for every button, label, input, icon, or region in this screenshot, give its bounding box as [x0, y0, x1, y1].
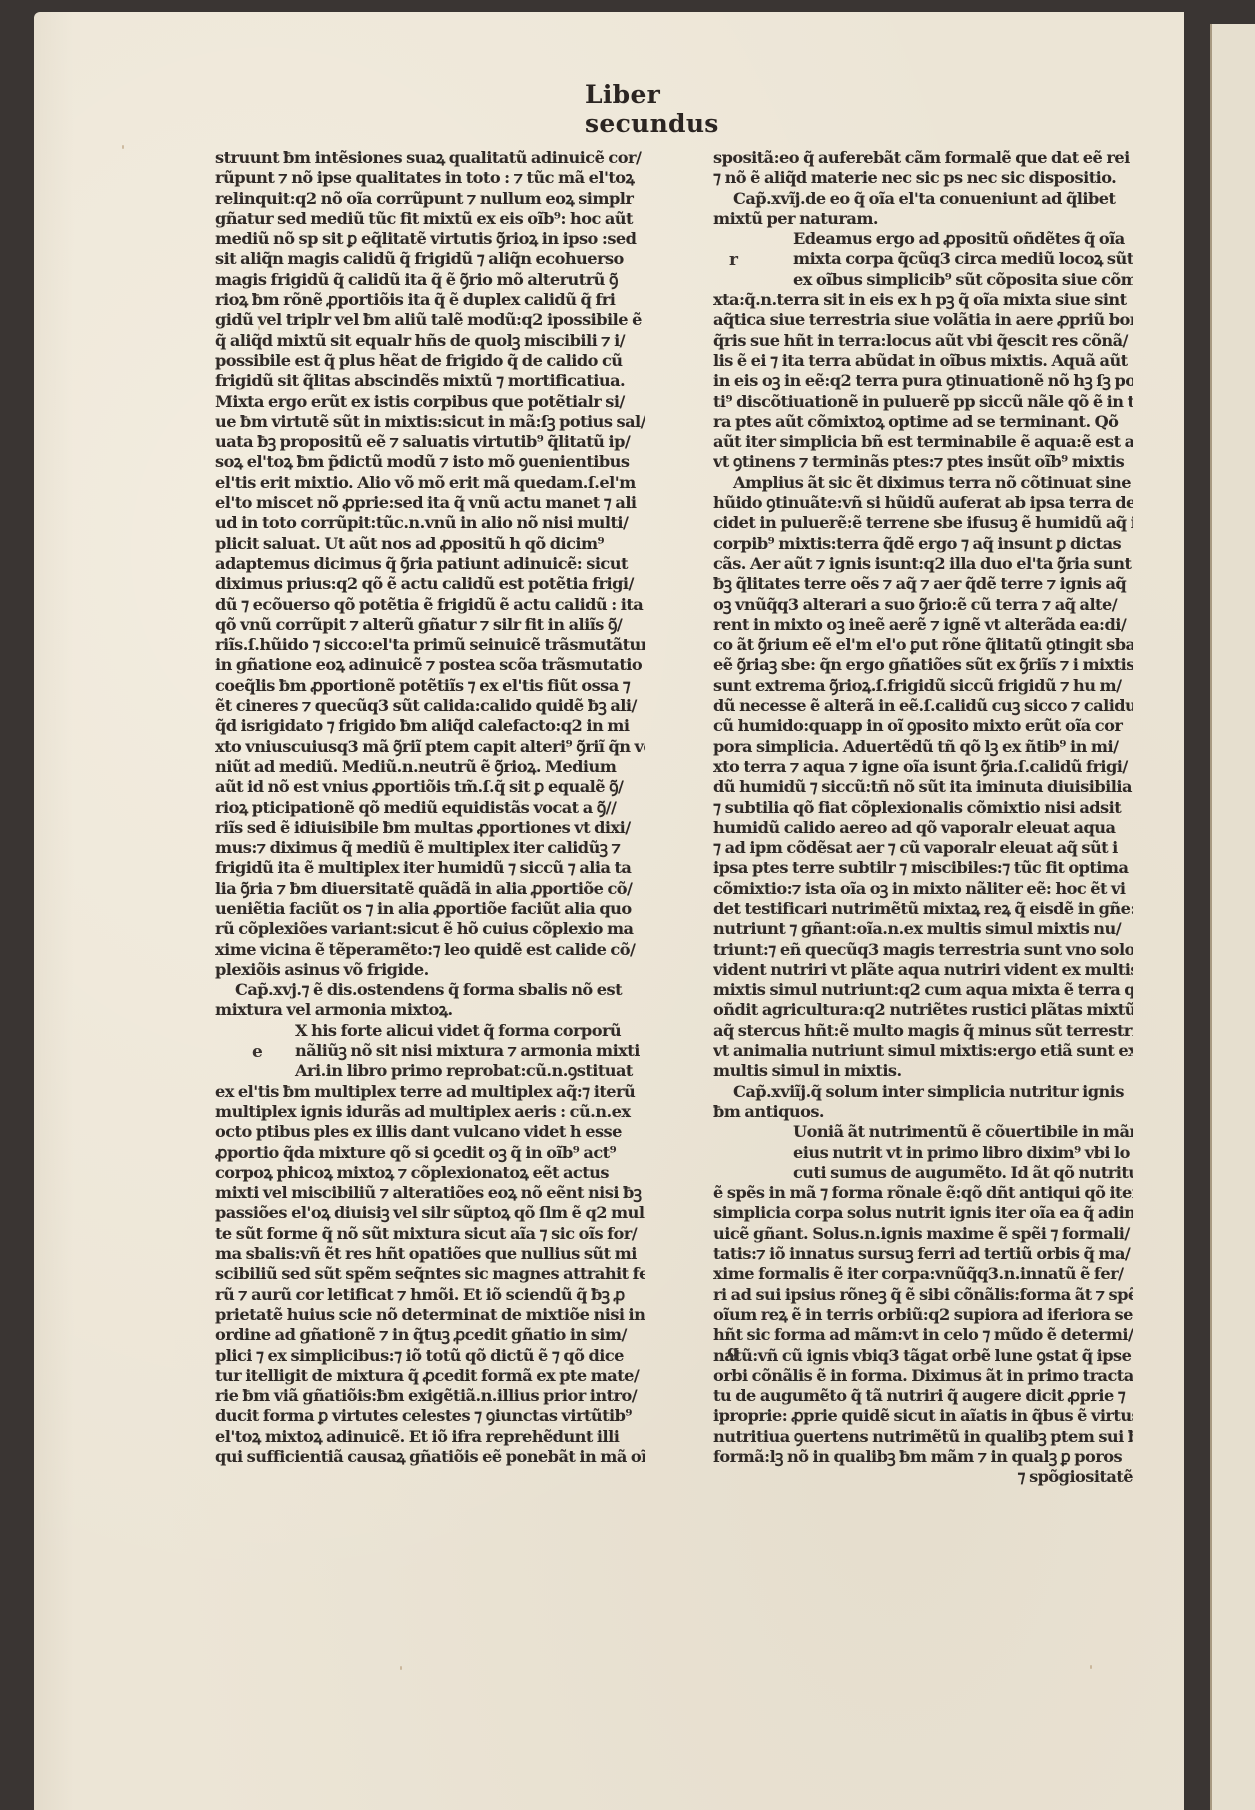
left-text-column: struunt ƀm intẽsiones suaꝝ qualitatũ adi…	[215, 148, 645, 1467]
text-line: in eis oꝫ in eẽ:q2 terra pura ꝯtinuation…	[713, 371, 1133, 391]
text-line: vt animalia nutriunt simul mixtis:ergo e…	[713, 1041, 1133, 1061]
text-line: ex oĩbus simplicib⁹ sũt cõposita siue cõ…	[713, 270, 1133, 290]
text-line: tatis:⁊ iõ innatus sursuꝫ ferri ad terti…	[713, 1244, 1133, 1264]
text-line: Cap̃.xvĩj.de eo q̃ oĩa el'ta conueniunt …	[713, 189, 1133, 209]
text-line: possibile est q̃ plus hẽat de frigido q̃…	[215, 351, 645, 371]
text-line: uata ƀꝫ propositũ eẽ ⁊ saluatis virtutib…	[215, 432, 645, 452]
text-line: ipsa ptes terre subtilr ⁊ miscibiles:⁊ t…	[713, 858, 1133, 878]
text-line: vt ꝯtinens ⁊ terminãs ptes:⁊ ptes insũt …	[713, 452, 1133, 472]
text-line: ri ad sui ipsius rõneꝫ q̃ ẽ sibi cõnãlis…	[713, 1285, 1133, 1305]
text-line: ⁊ spõgiositatẽ	[713, 1467, 1133, 1487]
text-line: multiplex ignis idurãs ad multiplex aeri…	[215, 1102, 645, 1122]
text-line: q̃ris sue hñt in terra:locus aũt vbi q̃e…	[713, 331, 1133, 351]
facing-page-edge	[1210, 24, 1255, 1810]
text-line: multis simul in mixtis.	[713, 1061, 1133, 1081]
text-line: mus:⁊ diximus q̃ mediũ ẽ multiplex iter …	[215, 838, 645, 858]
text-line: X his forte alicui videt q̃ forma corpor…	[215, 1021, 645, 1041]
text-line: simplicia corpa solus nutrit ignis iter …	[713, 1203, 1133, 1223]
text-line: tu de augumẽto q̃ tã nutriri q̃ augere d…	[713, 1386, 1133, 1406]
text-line: dũ ⁊ ecõuerso qõ potẽtia ẽ frigidũ ẽ act…	[215, 595, 645, 615]
text-line: el'to miscet nõ ꝓprie:sed ita q̃ vnũ act…	[215, 493, 645, 513]
text-line: cõmixtio:⁊ ista oĩa oꝫ in mixto nãliter …	[713, 879, 1133, 899]
text-line: xta:q̃.n.terra sit in eis ex h pꝫ q̃ oĩa…	[713, 290, 1133, 310]
text-line: formã:lꝫ nõ in qualibꝫ ƀm mãm ⁊ in qualꝫ…	[713, 1447, 1133, 1467]
running-head: Liber secundus	[585, 80, 785, 138]
paper-speck	[1090, 1665, 1092, 1669]
paper-speck	[400, 1666, 402, 1670]
text-line: qõ vnũ corrũpit ⁊ alterũ gñatur ⁊ silr f…	[215, 615, 645, 635]
text-line: Cap̃.xvj.⁊ ẽ dis.ostendens q̃ forma sbal…	[215, 980, 645, 1000]
text-line: eius nutrit vt in primo libro dixim⁹ vbi…	[713, 1143, 1133, 1163]
text-line: oñdit agricultura:q2 nutriẽtes rustici p…	[713, 1000, 1133, 1020]
text-line: xto terra ⁊ aqua ⁊ igne oĩa isunt ꝯ̃ria.…	[713, 757, 1133, 777]
text-line: ẽt cineres ⁊ quecũq3 sũt calida:calido q…	[215, 696, 645, 716]
text-line: ducit forma ꝑ virtutes celestes ⁊ ꝯiunct…	[215, 1406, 645, 1426]
text-line: ⁊ subtilia qõ fiat cõplexionalis cõmixti…	[713, 798, 1133, 818]
text-line: te sũt forme q̃ nõ sũt mixtura sicut aĩa…	[215, 1224, 645, 1244]
text-line: nutriunt ⁊ gñant:oĩa.n.ex multis simul m…	[713, 919, 1133, 939]
text-line: cũ humido:quapp in oĩ ꝯposito mixto erũt…	[713, 716, 1133, 736]
text-line: ma sbalis:vñ ẽt res hñt opatiões que nul…	[215, 1244, 645, 1264]
text-line: rent in mixto oꝫ ineẽ aerẽ ⁊ ignẽ vt alt…	[713, 615, 1133, 635]
text-line: Ari.in libro primo reprobat:cũ.n.ꝯstitua…	[215, 1061, 645, 1081]
text-line: magis frigidũ q̃ calidũ ita q̃ ẽ ꝯ̃rio m…	[215, 270, 645, 290]
text-line: orbi cõnãlis ẽ in forma. Diximus ãt in p…	[713, 1366, 1133, 1386]
text-line: rũpunt ⁊ nõ ipse qualitates in toto : ⁊ …	[215, 168, 645, 188]
text-line: plicit saluat. Ut aũt nos ad ꝓpositũ h q…	[215, 534, 645, 554]
text-line: Amplius ãt sic ẽt diximus terra nõ cõtin…	[713, 473, 1133, 493]
text-line: ⁊ nõ ẽ aliq̃d materie nec sic ps nec sic…	[713, 168, 1133, 188]
text-line: cidet in puluerẽ:ẽ terrene sbe ifusuꝫ ẽ …	[713, 513, 1133, 533]
text-line: humidũ calido aereo ad qõ vaporalr eleua…	[713, 818, 1133, 838]
text-line: dũ necesse ẽ alterã in eẽ.ſ.calidũ cuꝫ s…	[713, 696, 1133, 716]
text-line: Uoniã ãt nutrimentũ ẽ cõuertibile in mãm	[713, 1122, 1133, 1142]
text-line: frigidũ ita ẽ multiplex iter humidũ ⁊ si…	[215, 858, 645, 878]
text-line: det testificari nutrimẽtũ mixtaꝝ reꝝ q̃ …	[713, 899, 1133, 919]
text-line: corpib⁹ mixtis:terra q̃dẽ ergo ⁊ aq̃ ins…	[713, 534, 1133, 554]
text-line: cãs. Aer aũt ⁊ ignis isunt:q2 illa duo e…	[713, 554, 1133, 574]
text-line: rioꝝ pticipationẽ qõ mediũ equidistãs vo…	[215, 798, 645, 818]
text-line: el'toꝝ mixtoꝝ adinuicẽ. Et iõ ifra repre…	[215, 1427, 645, 1447]
text-line: passiões el'oꝝ diuisiꝫ vel silr sũptoꝝ q…	[215, 1203, 645, 1223]
text-line: spositã:eo q̃ auferebãt cãm formalẽ que …	[713, 148, 1133, 168]
text-line: Mixta ergo erũt ex istis corpibus que po…	[215, 392, 645, 412]
text-line: triunt:⁊ eñ quecũq3 magis terrestria sun…	[713, 940, 1133, 960]
text-line: mixti vel miscibiliũ ⁊ alteratiões eoꝝ n…	[215, 1183, 645, 1203]
text-line: vident nutriri vt plãte aqua nutriri vid…	[713, 960, 1133, 980]
guide-letter-left: e	[252, 1042, 263, 1062]
text-line: co ãt ꝯ̃rium eẽ el'm el'o ꝑut rõne q̃lit…	[713, 635, 1133, 655]
text-line: corpoꝝ phicoꝝ mixtoꝝ ⁊ cõplexionatoꝝ eẽt…	[215, 1163, 645, 1183]
text-line: lia ꝯ̃ria ⁊ ƀm diuersitatẽ quãdã in alia…	[215, 879, 645, 899]
text-line: ra ptes aũt cõmixtoꝝ optime ad se termin…	[713, 412, 1133, 432]
guide-letter-right-1: r	[729, 250, 738, 270]
text-line: mixtura vel armonia mixtoꝝ.	[215, 1000, 645, 1020]
text-line: plici ⁊ ex simplicibus:⁊ iõ totũ qõ dict…	[215, 1346, 645, 1366]
right-text-column: spositã:eo q̃ auferebãt cãm formalẽ que …	[713, 148, 1133, 1488]
text-line: struunt ƀm intẽsiones suaꝝ qualitatũ adi…	[215, 148, 645, 168]
text-line: aq̃ stercus hñt:ẽ multo magis q̃ minus s…	[713, 1021, 1133, 1041]
text-line: xto vniuscuiusq3 mã ꝯ̃riĩ ptem capit alt…	[215, 737, 645, 757]
text-line: prietatẽ huius scie nõ determinat de mix…	[215, 1305, 645, 1325]
text-line: ue ƀm virtutẽ sũt in mixtis:sicut in mã:…	[215, 412, 645, 432]
text-line: hñt sic forma ad mãm:vt in celo ⁊ mũdo ẽ…	[713, 1325, 1133, 1345]
text-line: ud in toto corrũpit:tũc.n.vnũ in alio nõ…	[215, 513, 645, 533]
text-line: oĩum reꝝ ẽ in terris orbiũ:q2 supiora ad…	[713, 1305, 1133, 1325]
text-line: mediũ nõ sp sit ꝑ eq̃litatẽ virtutis ꝯ̃r…	[215, 229, 645, 249]
text-line: plexiõis asinus võ frigide.	[215, 960, 645, 980]
text-line: aq̃tica siue terrestria siue volãtia in …	[713, 310, 1133, 330]
text-line: dũ humidũ ⁊ siccũ:tñ nõ sũt ita iminuta …	[713, 777, 1133, 797]
text-line: soꝝ el'toꝝ ƀm p̃dictũ modũ ⁊ isto mõ ꝯue…	[215, 452, 645, 472]
text-line: lis ẽ ei ⁊ ita terra abũdat in oĩbus mix…	[713, 351, 1133, 371]
text-line: ti⁹ discõtiuationẽ in puluerẽ pp siccũ n…	[713, 392, 1133, 412]
text-line: ueniẽtia faciũt os ⁊ in alia ꝓportiõe fa…	[215, 899, 645, 919]
text-line: nãliũꝫ nõ sit nisi mixtura ⁊ armonia mix…	[215, 1041, 645, 1061]
text-line: in gñatione eoꝝ adinuicẽ ⁊ postea scõa t…	[215, 655, 645, 675]
text-line: aũt id nõ est vnius ꝓportiõis tm̃.ſ.q̃ s…	[215, 777, 645, 797]
text-line: tur itelligit de mixtura q̃ ꝓcedit formã…	[215, 1366, 645, 1386]
text-line: diximus prius:q2 qõ ẽ actu calidũ est po…	[215, 574, 645, 594]
text-line: natũ:vñ cũ ignis vbiq3 tãgat orbẽ lune ꝯ…	[713, 1346, 1133, 1366]
text-line: mixta corpa q̃cũq3 circa mediũ locoꝝ sũt	[713, 249, 1133, 269]
text-line: rũ ⁊ aurũ cor letificat ⁊ hmõi. Et iõ sc…	[215, 1285, 645, 1305]
text-line: gñatur sed mediũ tũc fit mixtũ ex eis oĩ…	[215, 209, 645, 229]
text-line: ⁊ ad ipm cõdẽsat aer ⁊ cũ vaporalr eleua…	[713, 838, 1133, 858]
text-line: coeq̃lis ƀm ꝓportionẽ potẽtiĩs ⁊ ex el't…	[215, 676, 645, 696]
text-line: nutritiua ꝯuertens nutrimẽtũ in qualibꝫ …	[713, 1427, 1133, 1447]
paper-speck	[122, 145, 124, 149]
text-line: pora simplicia. Aduertẽdũ tñ qõ lꝫ ex ñt…	[713, 737, 1133, 757]
text-line: sunt extrema ꝯ̃rioꝝ.ſ.frigidũ siccũ frig…	[713, 676, 1133, 696]
text-line: riĩs.ſ.hũido ⁊ sicco:el'ta primũ seinuic…	[215, 635, 645, 655]
text-line: riĩs sed ẽ idiuisibile ƀm multas ꝓportio…	[215, 818, 645, 838]
text-line: scibiliũ sed sũt spẽm seq̃ntes sic magne…	[215, 1264, 645, 1284]
text-line: frigidũ sit q̃litas abscindẽs mixtũ ⁊ mo…	[215, 371, 645, 391]
text-line: eẽ ꝯ̃riaꝫ sbe: q̃n ergo gñatiões sũt ex …	[713, 655, 1133, 675]
text-line: oꝫ vnũq̃q3 alterari a suo ꝯ̃rio:ẽ cũ ter…	[713, 595, 1133, 615]
text-line: hũido ꝯtinuãte:vñ si hũidũ auferat ab ip…	[713, 493, 1133, 513]
text-line: gidũ vel triplr vel ƀm aliũ talẽ modũ:q2…	[215, 310, 645, 330]
text-line: mixtũ per naturam.	[713, 209, 1133, 229]
text-line: niũt ad mediũ. Mediũ.n.neutrũ ẽ ꝯ̃rioꝝ. …	[215, 757, 645, 777]
text-line: q̃ aliq̃d mixtũ sit equalr hñs de quolꝫ …	[215, 331, 645, 351]
text-line: adaptemus dicimus q̃ ꝯ̃ria patiunt adinu…	[215, 554, 645, 574]
text-line: el'tis erit mixtio. Alio võ mõ erit mã q…	[215, 473, 645, 493]
text-line: rũ cõplexiões variant:sicut ẽ hõ cuius c…	[215, 919, 645, 939]
text-line: cuti sumus de augumẽto. Id ãt qõ nutritu…	[713, 1163, 1133, 1183]
text-line: ordine ad gñationẽ ⁊ in q̃tuꝫ ꝓcedit gña…	[215, 1325, 645, 1345]
text-line: xime vicina ẽ tẽperamẽto:⁊ leo quidẽ est…	[215, 940, 645, 960]
text-line: ẽ spẽs in mã ⁊ forma rõnale ẽ:qõ dñt ant…	[713, 1183, 1133, 1203]
text-line: qui sufficientiã causaꝝ gñatiõis eẽ pone…	[215, 1447, 645, 1467]
text-line: uicẽ gñant. Solus.n.ignis maxime ẽ spẽi …	[713, 1224, 1133, 1244]
guide-letter-right-2: q	[727, 1342, 739, 1362]
text-line: sit aliq̃n magis calidũ q̃ frigidũ ⁊ ali…	[215, 249, 645, 269]
text-line: Cap̃.xviĩj.q̃ solum inter simplicia nutr…	[713, 1082, 1133, 1102]
text-line: Edeamus ergo ad ꝓpositũ oñdẽtes q̃ oĩa	[713, 229, 1133, 249]
text-line: q̃d isrigidato ⁊ frigido ƀm aliq̃d calef…	[215, 716, 645, 736]
paper-speck	[258, 326, 260, 330]
text-line: rioꝝ ƀm rõnẽ ꝓportiõis ita q̃ ẽ duplex c…	[215, 290, 645, 310]
text-line: ex el'tis ƀm multiplex terre ad multiple…	[215, 1082, 645, 1102]
text-line: mixtis simul nutriunt:q2 cum aqua mixta …	[713, 980, 1133, 1000]
text-line: xime formalis ẽ iter corpa:vnũq̃q3.n.inn…	[713, 1264, 1133, 1284]
text-line: relinquit:q2 nõ oĩa corrũpunt ⁊ nullum e…	[215, 189, 645, 209]
text-line: octo ptibus ples ex illis dant vulcano v…	[215, 1122, 645, 1142]
text-line: iproprie: ꝓprie quidẽ sicut in aĩatis in…	[713, 1406, 1133, 1426]
text-line: aũt iter simplicia bñ est terminabile ẽ …	[713, 432, 1133, 452]
text-line: rie ƀm viã gñatiõis:ƀm exigẽtiã.n.illius…	[215, 1386, 645, 1406]
text-line: ƀꝫ q̃litates terre oẽs ⁊ aq̃ ⁊ aer q̃dẽ …	[713, 574, 1133, 594]
text-line: ꝓportio q̃da mixture qõ si ꝯcedit oꝫ q̃ …	[215, 1143, 645, 1163]
text-line: ƀm antiquos.	[713, 1102, 1133, 1122]
